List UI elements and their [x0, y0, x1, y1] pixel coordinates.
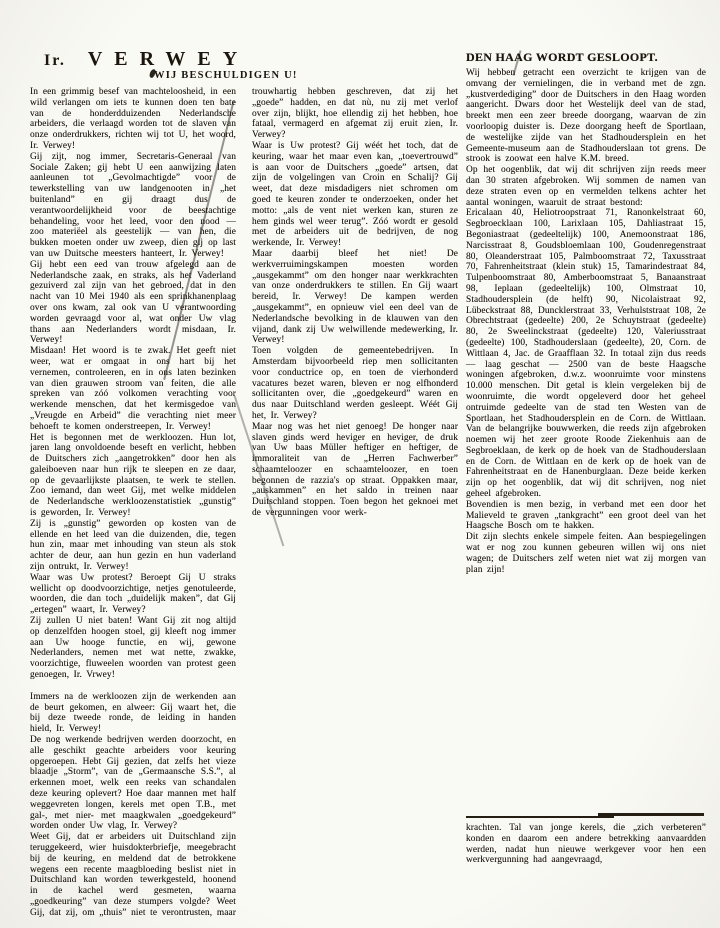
article-paragraph: Zij zullen U niet baten! Want Gij zit no… — [30, 616, 236, 681]
den-haag-headline: DEN HAAG WORDT GESLOOPT. — [466, 50, 706, 65]
article-paragraph: Het is begonnen met de werkloozen. Hun l… — [30, 433, 236, 519]
den-haag-body: Wij hebben getracht een overzicht te kri… — [466, 68, 706, 575]
article-paragraph: Gij zijt, nog immer, Secretaris-Generaal… — [30, 152, 236, 260]
section-divider-left — [466, 816, 614, 818]
article-subtitle: WIJ BESCHULDIGEN U! — [154, 70, 298, 81]
article-paragraph: Zij is „gunstig” geworden op kosten van … — [30, 519, 236, 573]
article-paragraph: Maar nog was het niet genoeg! De honger … — [252, 422, 458, 519]
author-prefix: Ir. — [44, 52, 66, 69]
den-haag-article: DEN HAAG WORDT GESLOOPT. Wij hebben getr… — [466, 50, 706, 575]
continuation-text: krachten. Tal van jonge kerels, die „zic… — [466, 823, 706, 866]
article-paragraph: In een grimmig besef van machteloosheid,… — [30, 87, 236, 152]
article-paragraph: Op het oogenblik, dat wij dit schrijven … — [466, 165, 706, 208]
article-paragraph: Immers na de werkloozen zijn de werkende… — [30, 692, 236, 735]
article-paragraph: Gij hebt een eed van trouw afgelegd aan … — [30, 260, 236, 346]
article-paragraph: De nog werkende bedrijven werden doorzoc… — [30, 735, 236, 832]
accusation-article-part-1: In een grimmig besef van machteloosheid,… — [30, 87, 236, 681]
article-paragraph: Misdaan! Het woord is te zwak. Het geeft… — [30, 346, 236, 432]
scanned-newspaper: { "masthead": { "author_prefix": "Ir.", … — [0, 0, 720, 928]
article-paragraph: Dit zijn slechts enkele simpele feiten. … — [466, 532, 706, 575]
accusation-article: In een grimmig besef van machteloosheid,… — [30, 87, 458, 921]
article-paragraph: Bovendien is men bezig, in verband met e… — [466, 500, 706, 532]
article-paragraph: krachten. Tal van jonge kerels, die „zic… — [466, 823, 706, 866]
masthead: Ir.VERWEY WIJ BESCHULDIGEN U! — [44, 48, 249, 71]
article-paragraph: Ericalaan 40, Heliotroopstraat 71, Ranon… — [466, 208, 706, 500]
article-paragraph: Waar is Uw protest? Gij wéét het toch, d… — [252, 141, 458, 249]
article-paragraph: Toen volgden de gemeentebedrijven. In Am… — [252, 346, 458, 422]
article-paragraph: Waar was Uw protest? Beroept Gij U strak… — [30, 573, 236, 616]
article-paragraph: Wij hebben getracht een overzicht te kri… — [466, 68, 706, 165]
newspaper-page: Ir.VERWEY WIJ BESCHULDIGEN U! In een gri… — [0, 0, 720, 928]
author-name: VERWEY — [88, 48, 249, 70]
article-paragraph: Maar daarbij bleef het niet! De werkverr… — [252, 249, 458, 346]
section-divider-right — [598, 813, 704, 816]
